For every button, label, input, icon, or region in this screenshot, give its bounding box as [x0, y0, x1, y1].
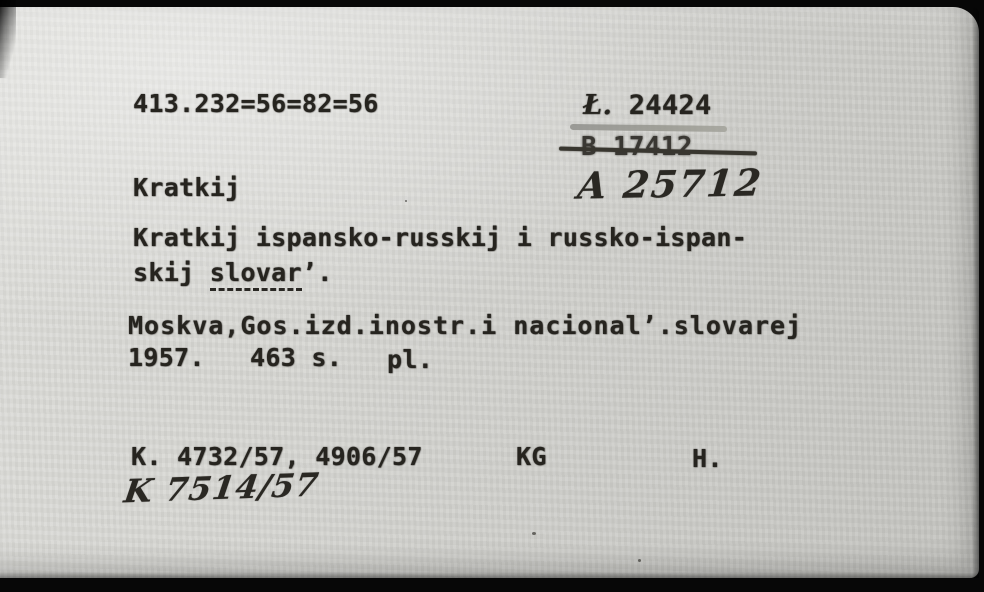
card-right-edge-shadow — [972, 7, 979, 578]
paper-speck — [532, 532, 536, 535]
imprint-line: Moskva,Gos.izd.inostr.i nacional’.slovar… — [128, 312, 802, 340]
filing-heading: Kratkij — [133, 174, 240, 202]
shelfmark-current-number: 24424 — [629, 90, 712, 121]
title-line-2-end: ’. — [302, 258, 333, 287]
shelfmark-pencil-underline — [570, 124, 727, 132]
imprint-plates: pl. — [387, 346, 433, 374]
language-letter: H. — [692, 445, 723, 473]
shelfmark-current-prefix: Ł. — [583, 90, 612, 121]
catalog-card: 413.232=56=82=56 Ł. 24424 B 17412 A 2571… — [0, 7, 979, 578]
imprint-pages: 463 s. — [250, 344, 342, 372]
card-bottom-edge-shadow — [0, 572, 979, 578]
title-line-1: Kratkij ispansko-russkij i russko-ispan- — [133, 224, 747, 252]
shelfmark-added-handwritten: A 25712 — [575, 160, 764, 207]
accession-handwritten: K 7514/57 — [122, 466, 322, 511]
shelfmark-current: Ł. 24424 — [583, 91, 712, 121]
title-line-2-start: skij — [133, 258, 210, 287]
cataloguer-initials: KG — [516, 443, 547, 471]
title-line-2: skij slovar’. — [133, 259, 333, 287]
paper-speck — [638, 559, 641, 562]
classification-number: 413.232=56=82=56 — [133, 90, 379, 118]
scanned-background: 413.232=56=82=56 Ł. 24424 B 17412 A 2571… — [0, 0, 984, 592]
paper-speck — [405, 200, 407, 202]
title-underlined-word: slovar — [210, 258, 302, 291]
imprint-year: 1957. — [128, 344, 205, 372]
